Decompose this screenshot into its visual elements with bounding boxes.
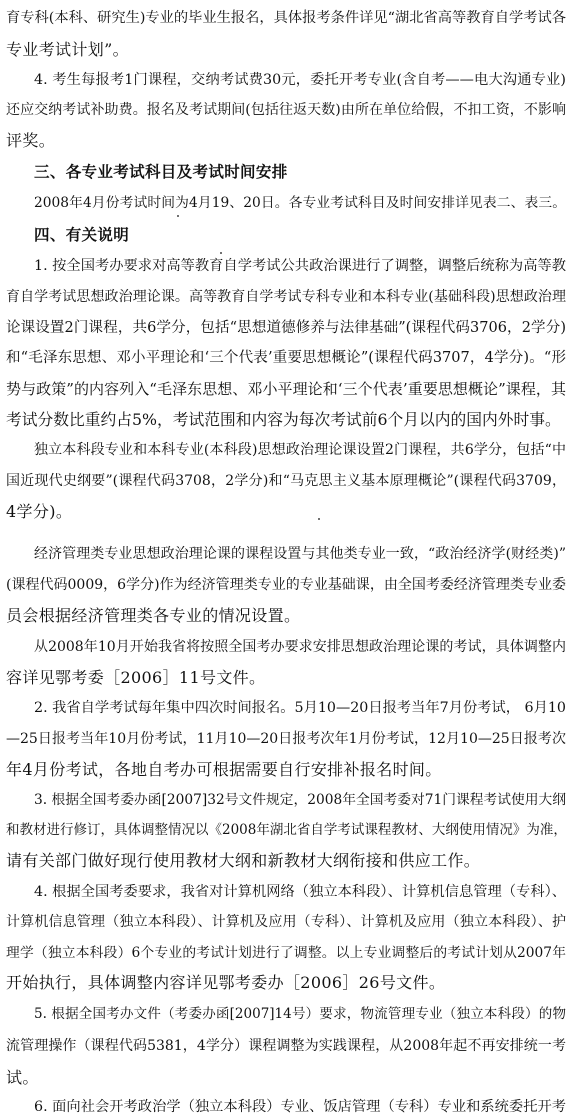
text-line: 4. 根据全国考委要求，我省对计算机网络（独立本科段）、计算机信息管理（专科）、: [34, 882, 566, 902]
document-page: 育专科(本科、研究生)专业的毕业生报名，具体报考条件详见“湖北省高等教育自学考试…: [0, 0, 570, 1115]
text-line: 国近现代史纲要”(课程代码3708，2学分)和“马克思主义基本原理概论”(课程代…: [6, 471, 566, 491]
section-heading: 三、各专业考试科目及考试时间安排: [34, 162, 566, 182]
text-line: 势与政策”的内容列入“毛泽东思想、邓小平理论和‘三个代表’重要思想概论”课程，其: [6, 379, 566, 399]
text-line: 育自学考试思想政治理论课。高等教育自学考试专科专业和本科专业(基础科段)思想政治…: [6, 287, 566, 307]
text-line: 从2008年10月开始我省将按照全国考办要求安排思想政治理论课的考试，具体调整内: [34, 637, 566, 657]
text-line: 评奖。: [6, 131, 566, 151]
section-heading: 四、有关说明: [34, 225, 566, 245]
text-line: 流管理操作（课程代码5381，4学分）课程调整为实践课程，从2008年起不再安排…: [6, 1036, 566, 1056]
text-line: (课程代码0009，6学分)作为经济管理类专业的专业基础课，由全国考委经济管理类…: [6, 575, 566, 595]
text-line: 3. 根据全国考委办函[2007]32号文件规定，2008年全国考委对71门课程…: [34, 790, 566, 810]
text-line: 5. 根据全国考办文件（考委办函[2007]14号）要求，物流管理专业（独立本科…: [34, 1004, 566, 1024]
text-line: 4. 考生每报考1门课程，交纳考试费30元，委托开考专业(含自考——电大沟通专业…: [34, 70, 566, 90]
text-line: 试。: [6, 1068, 566, 1088]
text-line: 计算机信息管理（独立本科段）、计算机及应用（专科）、计算机及应用（独立本科段）、…: [6, 912, 566, 932]
text-line: 育专科(本科、研究生)专业的毕业生报名，具体报考条件详见“湖北省高等教育自学考试…: [6, 8, 566, 28]
text-line: —25日报考当年10月份考试，11月10—20日报考次年1月份考试，12月10—…: [6, 729, 566, 749]
text-line: 6. 面向社会开考政治学（独立本科段）专业、饭店管理（专科）专业和系统委托开考: [34, 1097, 566, 1115]
text-line: 2. 我省自学考试每年集中四次时间报名。5月10—20日报考当年7月份考试， 6…: [34, 698, 566, 718]
text-line: 员会根据经济管理类各专业的情况设置。: [6, 606, 566, 626]
text-line: 独立本科段专业和本科专业(本科段)思想政治理论课设置2门课程，共6学分，包括“中: [34, 440, 566, 460]
text-line: 考试分数比重约占5%，考试范围和内容为每次考试前6个月以内的国内外时事。: [6, 410, 566, 430]
text-line: 和教材进行修订，具体调整情况以《2008年湖北省自学考试课程教材、大纲使用情况》…: [6, 820, 566, 840]
text-line: 2008年4月份考试时间为4月19、20日。各专业考试科目及时间安排详见表二、表…: [34, 193, 566, 213]
text-line: 经济管理类专业思想政治理论课的课程设置与其他类专业一致，“政治经济学(财经类)”: [34, 544, 566, 564]
scan-speck: [220, 252, 222, 254]
text-line: 4学分)。: [6, 502, 566, 522]
text-line: 请有关部门做好现行使用教材大纲和新教材大纲衔接和供应工作。: [6, 851, 566, 871]
text-line: 开始执行，具体调整内容详见鄂考委办［2006］26号文件。: [6, 973, 566, 993]
text-line: 容详见鄂考委［2006］11号文件。: [6, 668, 566, 688]
text-line: 理学（独立本科段）6个专业的考试计划进行了调整。以上专业调整后的考试计划从200…: [6, 943, 566, 963]
text-line: 1. 按全国考办要求对高等教育自学考试公共政治课进行了调整，调整后统称为高等教: [34, 256, 566, 276]
scan-speck: [177, 215, 179, 217]
text-line: 论课设置2门课程，共6学分，包括“思想道德修养与法律基础”(课程代码3706，2…: [6, 318, 566, 338]
text-line: 还应交纳考试补助费。报名及考试期间(包括往返天数)由所在单位给假，不扣工资，不影…: [6, 100, 566, 120]
text-line: 年4月份考试，各地自考办可根据需要自行安排补报名时间。: [6, 760, 566, 780]
text-line: 专业考试计划”。: [6, 40, 566, 60]
text-line: 和“毛泽东思想、邓小平理论和‘三个代表’重要思想概论”(课程代码3707，4学分…: [6, 348, 566, 368]
